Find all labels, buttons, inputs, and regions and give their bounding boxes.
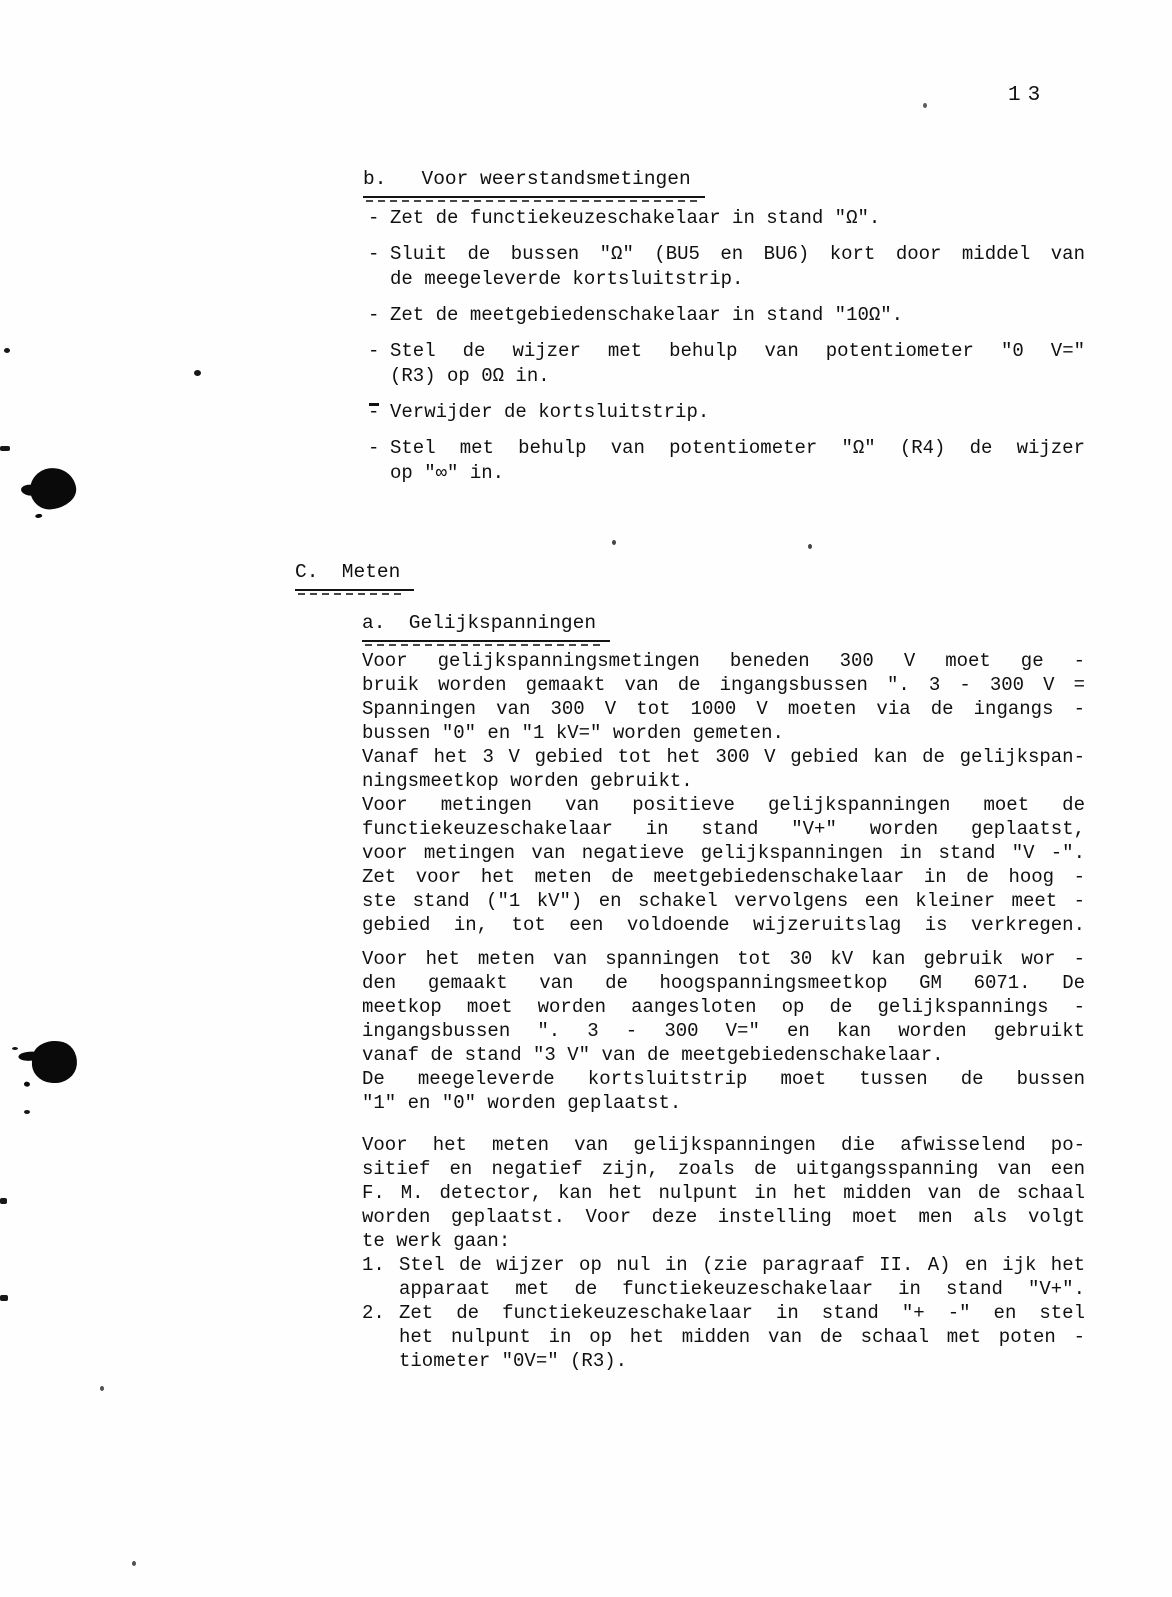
text-line: meetkop moet worden aangesloten op de ge… bbox=[362, 995, 1085, 1019]
text-line: ste stand ("1 kV") en schakel vervolgens… bbox=[362, 889, 1085, 913]
dash-marker: - bbox=[368, 400, 379, 425]
text-line: worden geplaatst. Voor deze instelling m… bbox=[362, 1205, 1085, 1229]
text-line: "1" en "0" worden geplaatst. bbox=[362, 1091, 1085, 1115]
text-line: sitief en negatief zijn, zoals de uitgan… bbox=[362, 1157, 1085, 1181]
list-item: - Zet de functiekeuzeschakelaar in stand… bbox=[368, 206, 1085, 231]
dash-marker: - bbox=[368, 436, 379, 461]
paragraph-block: Zet voor het meten de meetgebiedenschake… bbox=[362, 865, 1085, 937]
paragraph-block: De meegeleverde kortsluitstrip moet tuss… bbox=[362, 1067, 1085, 1115]
section-resistance-measurements: b. Voor weerstandsmetingen - Zet de func… bbox=[368, 166, 1085, 497]
list-item: - Zet de meetgebiedenschakelaar in stand… bbox=[368, 303, 1085, 328]
ink-speck bbox=[0, 1198, 7, 1204]
ink-speck bbox=[612, 540, 616, 545]
paragraph-block: Voor metingen van positieve gelijkspanni… bbox=[362, 793, 1085, 865]
ink-speck bbox=[194, 370, 201, 376]
text-line: Voor het meten van gelijkspanningen die … bbox=[362, 1133, 1085, 1157]
text-line: gebied in, tot een voldoende wijzeruitsl… bbox=[362, 913, 1085, 937]
text-line: Zet de functiekeuzeschakelaar in stand "… bbox=[399, 1301, 1085, 1325]
subsection-a-heading: a. Gelijkspanningen bbox=[362, 610, 610, 642]
item-number: 2. bbox=[362, 1301, 385, 1325]
text-line: Stel de wijzer met behulp van potentiome… bbox=[390, 339, 1085, 364]
text-line: functiekeuzeschakelaar in stand "V+" wor… bbox=[362, 817, 1085, 841]
ink-speck bbox=[923, 103, 927, 108]
subsection-dc-voltages: a. Gelijkspanningen Voor gelijkspannings… bbox=[362, 610, 1085, 1373]
ink-speck bbox=[24, 1110, 30, 1114]
numbered-item: 2. Zet de functiekeuzeschakelaar in stan… bbox=[362, 1301, 1085, 1373]
ink-speck bbox=[808, 544, 812, 549]
numbered-item: 1. Stel de wijzer op nul in (zie paragra… bbox=[362, 1253, 1085, 1301]
dash-marker: - bbox=[368, 206, 379, 231]
paragraph-block: Vanaf het 3 V gebied tot het 300 V gebie… bbox=[362, 745, 1085, 793]
text-line: het nulpunt in op het midden van de scha… bbox=[399, 1325, 1085, 1349]
text-line: tiometer "0V=" (R3). bbox=[399, 1349, 1085, 1373]
dash-marker: - bbox=[368, 303, 379, 328]
text-line: bruik worden gemaakt van de ingangsbusse… bbox=[362, 673, 1085, 697]
text-line: Spanningen van 300 V tot 1000 V moeten v… bbox=[362, 697, 1085, 721]
page-number: 13 bbox=[1008, 84, 1047, 107]
section-c-heading: C. Meten bbox=[295, 559, 414, 591]
text-line: apparaat met de functiekeuzeschakelaar i… bbox=[399, 1277, 1085, 1301]
text-line: ingangsbussen ". 3 - 300 V=" en kan word… bbox=[362, 1019, 1085, 1043]
section-c: C. Meten bbox=[295, 559, 414, 591]
ink-blot bbox=[28, 465, 79, 511]
text-line: Zet de meetgebiedenschakelaar in stand "… bbox=[390, 303, 1085, 328]
text-line: Stel met behulp van potentiometer "Ω" (R… bbox=[390, 436, 1085, 461]
text-line: ningsmeetkop worden gebruikt. bbox=[362, 769, 1085, 793]
text-line: Voor het meten van spanningen tot 30 kV … bbox=[362, 947, 1085, 971]
text-line: De meegeleverde kortsluitstrip moet tuss… bbox=[362, 1067, 1085, 1091]
ink-speck bbox=[0, 1295, 8, 1301]
paragraph-block: Voor het meten van spanningen tot 30 kV … bbox=[362, 947, 1085, 1067]
text-line: Voor gelijkspanningsmetingen beneden 300… bbox=[362, 649, 1085, 673]
document-page: 13 b. Voor weerstandsmetingen - Zet de f… bbox=[0, 0, 1172, 1597]
ink-speck bbox=[12, 1047, 18, 1050]
section-b-heading: b. Voor weerstandsmetingen bbox=[363, 166, 705, 198]
text-line: Verwijder de kortsluitstrip. bbox=[390, 400, 1085, 425]
text-line: op "∞" in. bbox=[390, 461, 1085, 486]
list-item: - Sluit de bussen "Ω" (BU5 en BU6) kort … bbox=[368, 242, 1085, 292]
text-line: Zet de functiekeuzeschakelaar in stand "… bbox=[390, 206, 1085, 231]
text-line: vanaf de stand "3 V" van de meetgebieden… bbox=[362, 1043, 1085, 1067]
ink-speck bbox=[100, 1386, 104, 1391]
text-line: de meegeleverde kortsluitstrip. bbox=[390, 267, 1085, 292]
text-line: F. M. detector, kan het nulpunt in het m… bbox=[362, 1181, 1085, 1205]
ink-blot bbox=[30, 1039, 78, 1085]
dash-marker: - bbox=[368, 339, 379, 364]
text-line: (R3) op 0Ω in. bbox=[390, 364, 1085, 389]
dash-marker: - bbox=[368, 242, 379, 267]
ink-speck bbox=[132, 1561, 136, 1566]
list-item: - Verwijder de kortsluitstrip. bbox=[368, 400, 1085, 425]
ink-speck bbox=[0, 446, 10, 451]
paragraph-block: Voor het meten van gelijkspanningen die … bbox=[362, 1133, 1085, 1253]
text-line: Voor metingen van positieve gelijkspanni… bbox=[362, 793, 1085, 817]
text-line: voor metingen van negatieve gelijkspanni… bbox=[362, 841, 1085, 865]
text-line: bussen "0" en "1 kV=" worden gemeten. bbox=[362, 721, 1085, 745]
text-line: Zet voor het meten de meetgebiedenschake… bbox=[362, 865, 1085, 889]
text-line: den gemaakt van de hoogspanningsmeetkop … bbox=[362, 971, 1085, 995]
text-line: Stel de wijzer op nul in (zie paragraaf … bbox=[399, 1253, 1085, 1277]
list-item: - Stel met behulp van potentiometer "Ω" … bbox=[368, 436, 1085, 486]
text-line: Sluit de bussen "Ω" (BU5 en BU6) kort do… bbox=[390, 242, 1085, 267]
paragraph-block: Voor gelijkspanningsmetingen beneden 300… bbox=[362, 649, 1085, 745]
item-number: 1. bbox=[362, 1253, 385, 1277]
text-line: Vanaf het 3 V gebied tot het 300 V gebie… bbox=[362, 745, 1085, 769]
ink-speck bbox=[4, 348, 10, 353]
text-line: te werk gaan: bbox=[362, 1229, 1085, 1253]
list-item: - Stel de wijzer met behulp van potentio… bbox=[368, 339, 1085, 389]
